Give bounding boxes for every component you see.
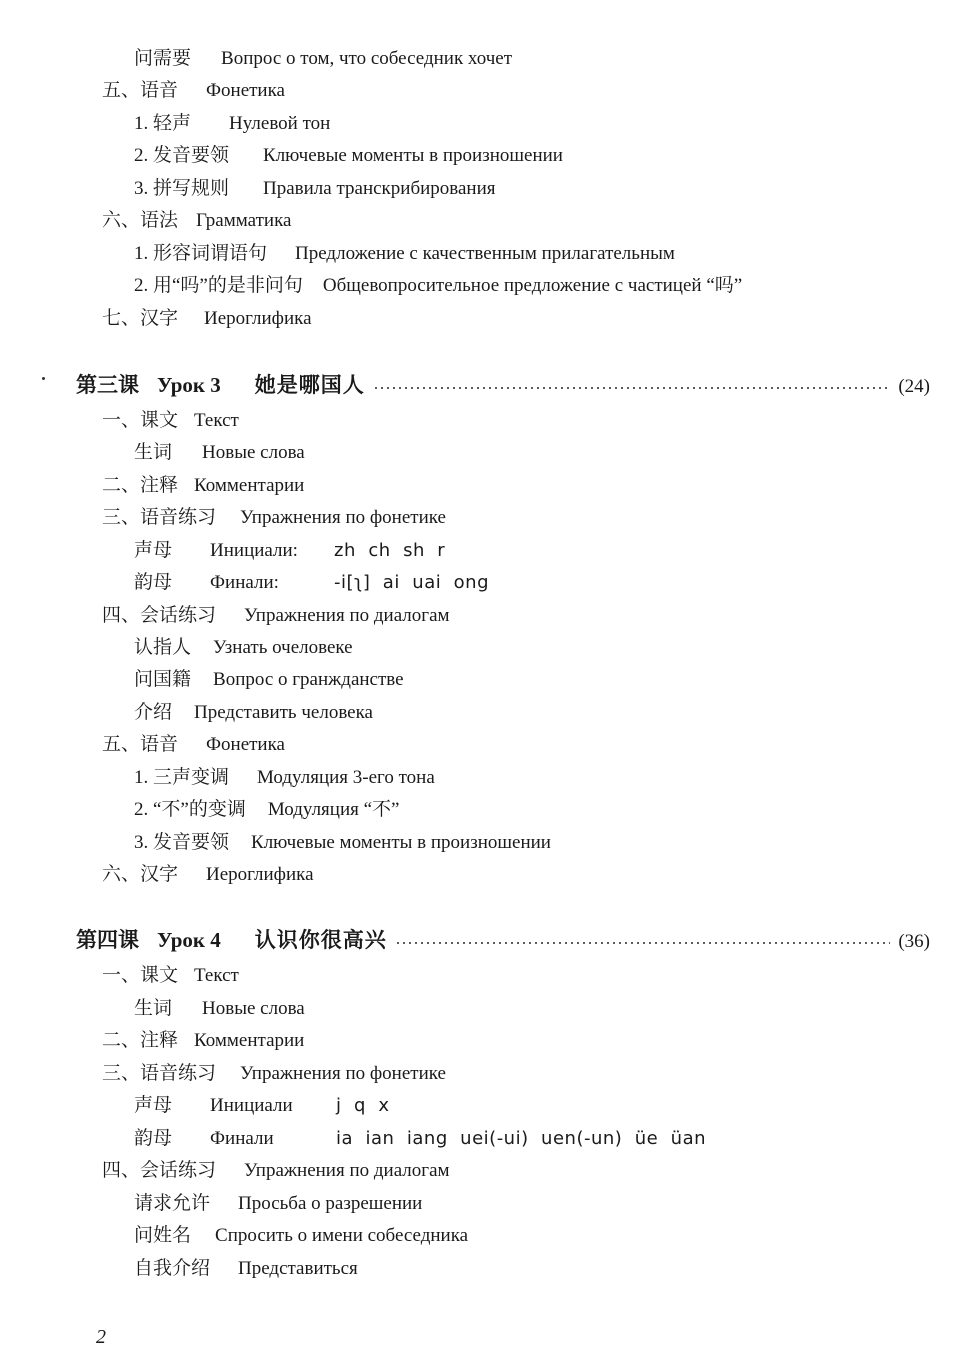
lesson-page-number: (24) [898,372,930,402]
toc-entry: 2. “不”的变调Модуляция “不” [134,797,400,823]
toc-entry: 3. 拼写规则Правила транскрибирования [134,176,496,202]
entry-ru: Комментарии [194,1028,304,1054]
toc-entry: 请求允许Просьба о разрешении [134,1191,422,1217]
lesson-number-zh: 第四课 [76,925,139,955]
entry-zh: 一、课文 [102,408,178,434]
toc-section: 二、注释Комментарии [102,1028,304,1054]
entry-ru: Упражнения по фонетике [240,505,446,531]
entry-zh: 1. 轻声 [134,111,191,137]
entry-zh: 韵母 [134,1126,172,1152]
toc-entry: 认指人Узнать очеловеке [134,635,353,661]
dot-leader [373,386,891,390]
entry-ru: Новые слова [202,996,305,1022]
toc-entry: 问需要Вопрос о том, что собеседник хочет [134,46,512,72]
entry-ru: Инициали: [210,538,334,564]
entry-ru: Узнать очеловеке [213,635,353,661]
entry-zh: 五、语音 [102,78,178,104]
toc-section: 六、语法Грамматика [102,208,291,234]
entry-zh: 二、注释 [102,473,178,499]
lesson-title: 认识你很高兴 [255,925,387,955]
entry-ru: Просьба о разрешении [238,1191,422,1217]
toc-section: 三、语音练习Упражнения по фонетике [102,505,446,531]
entry-ru: Инициали [210,1093,336,1119]
entry-ru: Представиться [238,1256,358,1282]
pinyin-sounds: j q x [336,1095,389,1116]
entry-zh: 自我介绍 [134,1256,210,1282]
toc-entry: 声母Инициалиj q x [134,1093,389,1119]
entry-ru: Упражнения по фонетике [240,1061,446,1087]
entry-zh: 四、会话练习 [102,1158,216,1184]
entry-ru: Модуляция 3-его тона [257,765,435,791]
entry-ru: Текст [194,408,239,434]
page-number: 2 [96,1326,106,1349]
entry-ru: Общевопросительное предложение с частице… [323,273,742,299]
toc-entry: 生词Новые слова [134,440,305,466]
entry-zh: 声母 [134,1093,172,1119]
entry-zh: 生词 [134,996,172,1022]
toc-entry: 2. 发音要领Ключевые моменты в произношении [134,143,563,169]
entry-ru: Нулевой тон [229,111,330,137]
entry-ru: Упражнения по диалогам [244,603,450,629]
entry-zh: 韵母 [134,570,172,596]
entry-zh: 六、汉字 [102,862,178,888]
toc-entry: 韵母Финали:-i[ʅ] ai uai ong [134,570,489,596]
toc-section: 一、课文Текст [102,408,239,434]
entry-zh: 问需要 [134,46,191,72]
lesson-number-zh: 第三课 [76,370,139,400]
entry-zh: 1. 三声变调 [134,765,229,791]
entry-ru: Текст [194,963,239,989]
toc-entry: 问国籍Вопрос о гранжданстве [134,667,404,693]
entry-zh: 七、汉字 [102,306,178,332]
entry-zh: 2. 发音要领 [134,143,229,169]
lesson-3-heading[interactable]: 第三课 Урок 3 她是哪国人 (24) [76,370,930,400]
lesson-number-ru: Урок 4 [157,925,221,955]
entry-ru: Вопрос о гранжданстве [213,667,404,693]
toc-section: 一、课文Текст [102,963,239,989]
toc-entry: 3. 发音要领Ключевые моменты в произношении [134,830,551,856]
entry-zh: 生词 [134,440,172,466]
toc-entry: 介绍Представить человека [134,700,373,726]
toc-section: 六、汉字Иероглифика [102,862,314,888]
entry-zh: 问姓名 [134,1223,191,1249]
toc-entry: 1. 三声变调Модуляция 3-его тона [134,765,435,791]
entry-zh: 声母 [134,538,172,564]
entry-zh: 六、语法 [102,208,178,234]
toc-section: 五、语音Фонетика [102,78,285,104]
pinyin-sounds: -i[ʅ] ai uai ong [334,572,489,593]
dot-leader [395,941,891,945]
entry-zh: 三、语音练习 [102,505,216,531]
toc-entry: 1. 轻声Нулевой тон [134,111,330,137]
entry-ru: Фонетика [206,78,285,104]
toc-section: 二、注释Комментарии [102,473,304,499]
entry-zh: 2. 用“吗”的是非问句 [134,273,303,299]
entry-zh: 一、课文 [102,963,178,989]
entry-zh: 四、会话练习 [102,603,216,629]
entry-zh: 3. 拼写规则 [134,176,229,202]
entry-ru: Ключевые моменты в произношении [251,830,551,856]
toc-section: 四、会话练习Упражнения по диалогам [102,603,450,629]
toc-section: 四、会话练习Упражнения по диалогам [102,1158,450,1184]
toc-entry: 1. 形容词谓语句Предложение с качественным прил… [134,241,675,267]
pinyin-sounds: zh ch sh r [334,540,445,561]
toc-section: 五、语音Фонетика [102,732,285,758]
entry-ru: Правила транскрибирования [263,176,496,202]
pinyin-sounds: ia ian iang uei(-ui) uen(-un) üe üan [336,1128,706,1149]
entry-ru: Финали: [210,570,334,596]
entry-ru: Грамматика [196,208,291,234]
lesson-4-heading[interactable]: 第四课 Урок 4 认识你很高兴 (36) [76,925,930,955]
entry-zh: 介绍 [134,700,172,726]
entry-ru: Иероглифика [206,862,314,888]
entry-ru: Новые слова [202,440,305,466]
entry-ru: Представить человека [194,700,373,726]
entry-zh: 请求允许 [134,1191,210,1217]
entry-zh: 五、语音 [102,732,178,758]
toc-section: 七、汉字Иероглифика [102,306,312,332]
entry-zh: 1. 形容词谓语句 [134,241,267,267]
entry-ru: Предложение с качественным прилагательны… [295,241,675,267]
lesson-page-number: (36) [898,927,930,957]
entry-zh: 认指人 [134,635,191,661]
entry-zh: 问国籍 [134,667,191,693]
toc-entry: 2. 用“吗”的是非问句Общевопросительное предложен… [134,273,742,299]
entry-ru: Модуляция “不” [268,797,400,823]
entry-ru: Фонетика [206,732,285,758]
toc-entry: 问姓名Спросить о имени собеседника [134,1223,468,1249]
scan-speck [42,377,45,380]
entry-ru: Иероглифика [204,306,312,332]
entry-zh: 3. 发音要领 [134,830,229,856]
lesson-title: 她是哪国人 [255,370,365,400]
entry-ru: Ключевые моменты в произношении [263,143,563,169]
toc-entry: 自我介绍Представиться [134,1256,358,1282]
entry-ru: Финали [210,1126,336,1152]
entry-ru: Комментарии [194,473,304,499]
entry-zh: 二、注释 [102,1028,178,1054]
entry-ru: Вопрос о том, что собеседник хочет [221,46,512,72]
entry-zh: 三、语音练习 [102,1061,216,1087]
entry-ru: Упражнения по диалогам [244,1158,450,1184]
toc-entry: 生词Новые слова [134,996,305,1022]
entry-zh: 2. “不”的变调 [134,797,246,823]
toc-entry: 韵母Финалиia ian iang uei(-ui) uen(-un) üe… [134,1126,706,1152]
toc-entry: 声母Инициали:zh ch sh r [134,538,445,564]
toc-section: 三、语音练习Упражнения по фонетике [102,1061,446,1087]
lesson-number-ru: Урок 3 [157,370,221,400]
entry-ru: Спросить о имени собеседника [215,1223,468,1249]
